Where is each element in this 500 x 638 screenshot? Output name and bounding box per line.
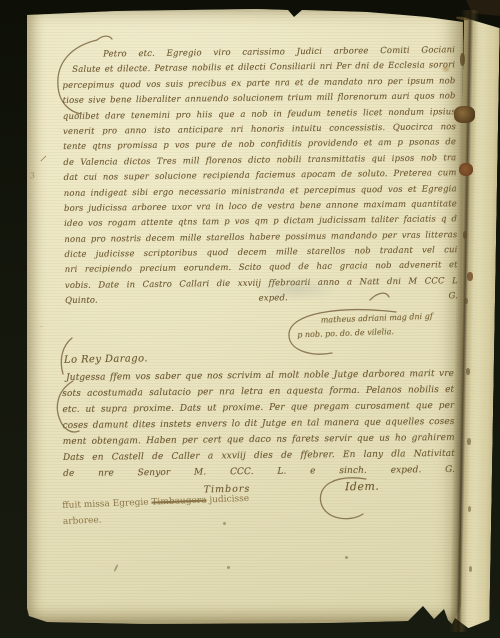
binding-stitch <box>468 506 471 512</box>
ink-speck <box>223 522 226 525</box>
registration-note-suffix: judicisse <box>206 494 249 506</box>
margin-squiggle-mark: 3 <box>29 171 35 181</box>
registration-note: ffuit missa Egregie Timbaugera judicisse… <box>62 487 343 530</box>
ink-speck <box>345 556 348 559</box>
registration-note-prefix: ffuit missa Egregie <box>62 498 152 511</box>
letter2-heading: Lo Rey Darago. <box>64 353 148 365</box>
manuscript-line: de nre Senyor M. CCC. L. e sinch. exped.… <box>63 462 455 482</box>
ink-speck <box>227 566 230 569</box>
binding-stitch <box>463 231 467 239</box>
letter1-text-block: Petro etc. Egregio viro carissimo Judici… <box>62 43 458 309</box>
binding-stitch <box>460 53 465 66</box>
binding-knot <box>459 163 473 176</box>
manuscript-page: Petro etc. Egregio viro carissimo Judici… <box>27 8 464 624</box>
binding-knot <box>454 106 475 123</box>
binding-stitch <box>464 298 468 304</box>
binding-stitch <box>467 272 473 281</box>
manuscript-photo: Petro etc. Egregio viro carissimo Judici… <box>0 0 500 638</box>
struck-word: Timbaugera <box>151 495 206 507</box>
binding-stitch <box>469 566 472 572</box>
ink-speck <box>113 564 118 572</box>
margin-slash-mark: / <box>41 154 46 163</box>
chancery-note: matheus adriani mag dni gf p nob. po. do… <box>297 310 438 343</box>
binding-stitch <box>466 368 470 375</box>
margin-dot-mark: . <box>40 320 43 329</box>
binding-stitch <box>467 438 471 445</box>
idem-mark: Idem. <box>345 480 380 494</box>
letter2-text-block: Jutgessa ffem vos saber que nos scrivim … <box>62 366 455 482</box>
